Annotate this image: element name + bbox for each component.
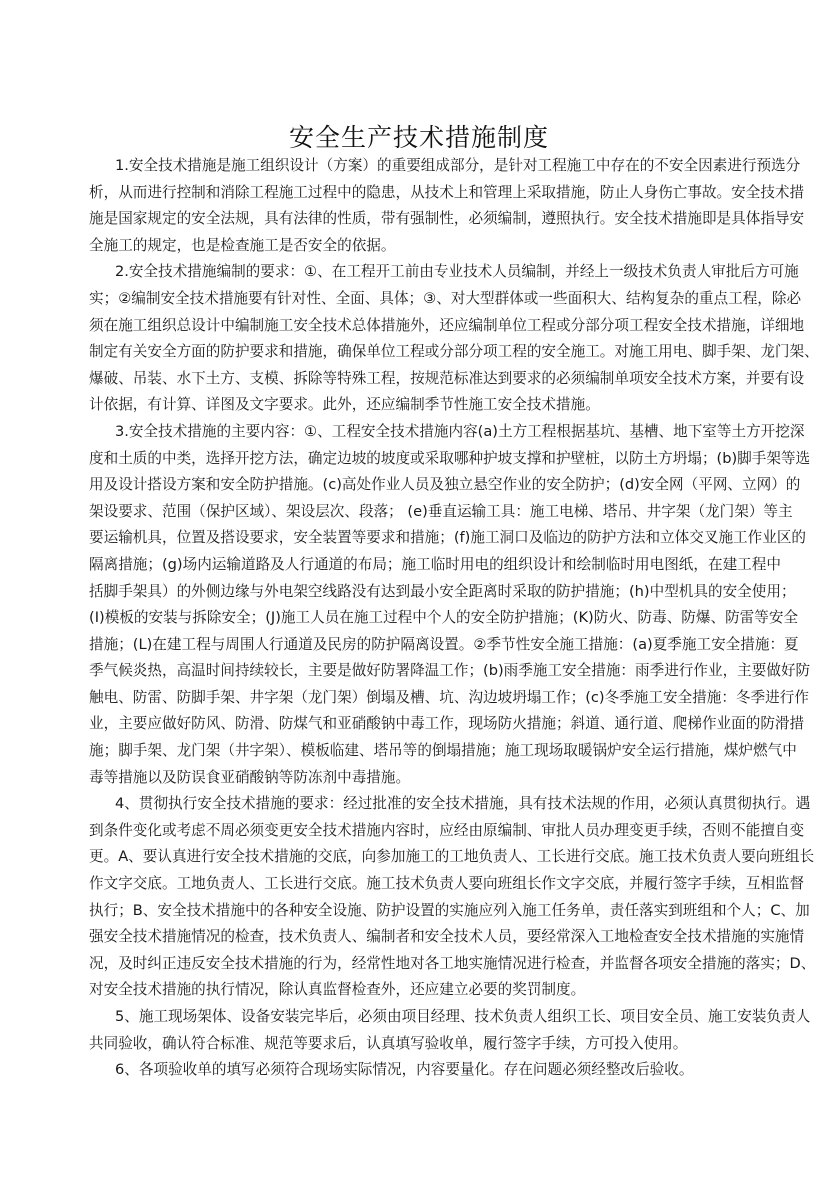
text-line: 4、贯彻执行安全技术措施的要求：经过批准的安全技术措施，具有技术法规的作用，必须…	[89, 791, 729, 818]
paragraph-1: 1.安全技术措施是施工组织设计（方案）的重要组成部分，是针对工程施工中存在的不安…	[89, 153, 729, 259]
text-line: 全施工的规定，也是检查施工是否安全的依据。	[89, 233, 729, 260]
text-line: 更。A、要认真进行安全技术措施的交底，向参加施工的工地负责人、工长进行交底。施工…	[89, 844, 729, 871]
text-line: 隔离措施；(g)场内运输道路及人行通道的布局；施工临时用电的组织设计和绘制临时用…	[89, 552, 729, 579]
text-line: 用及设计搭设方案和安全防护措施。(c)高处作业人员及独立悬空作业的安全防护；(d…	[89, 472, 729, 499]
text-line: 度和土质的中类，选择开挖方法，确定边坡的坡度或采取哪种护坡支撑和护壁桩，以防土方…	[89, 446, 729, 473]
text-line: 1.安全技术措施是施工组织设计（方案）的重要组成部分，是针对工程施工中存在的不安…	[89, 153, 729, 180]
text-line: 3.安全技术措施的主要内容：①、工程安全技术措施内容(a)土方工程根据基坑、基槽…	[89, 419, 729, 446]
text-line: 施是国家规定的安全法规，具有法律的性质，带有强制性，必须编制，遵照执行。安全技术…	[89, 206, 729, 233]
text-line: 毒等措施以及防误食亚硝酸钠等防冻剂中毒措施。	[89, 765, 729, 792]
paragraph-2: 2.安全技术措施编制的要求：①、在工程开工前由专业技术人员编制，并经上一级技术负…	[89, 259, 729, 419]
text-line: 执行；B、安全技术措施中的各种安全设施、防护设置的实施应列入施工任务单，责任落实…	[89, 898, 729, 925]
text-line: 作文字交底。工地负责人、工长进行交底。施工技术负责人要向班组长作文字交底，并履行…	[89, 871, 729, 898]
text-line: 况，及时纠正违反安全技术措施的行为，经常性地对各工地实施情况进行检查，并监督各项…	[89, 951, 729, 978]
document-page: 安全生产技术措施制度 1.安全技术措施是施工组织设计（方案）的重要组成部分，是针…	[0, 0, 838, 1186]
text-line: 措施；(L)在建工程与周围人行通道及民房的防护隔离设置。②季节性安全施工措施：(…	[89, 632, 729, 659]
text-line: 到条件变化或考虑不周必须变更安全技术措施内容时，应经由原编制、审批人员办理变更手…	[89, 818, 729, 845]
text-line: 触电、防雷、防脚手架、井字架（龙门架）倒塌及槽、坑、沟边坡坍塌工作；(c)冬季施…	[89, 685, 729, 712]
text-line: 强安全技术措施情况的检查，技术负责人、编制者和安全技术人员，要经常深入工地检查安…	[89, 924, 729, 951]
text-line: 施；脚手架、龙门架（井字架）、模板临建、塔吊等的倒塌措施；施工现场取暖锅炉安全运…	[89, 738, 729, 765]
text-line: 5、施工现场架体、设备安装完毕后，必须由项目经理、技术负责人组织工长、项目安全员…	[89, 1004, 729, 1031]
paragraph-3: 3.安全技术措施的主要内容：①、工程安全技术措施内容(a)土方工程根据基坑、基槽…	[89, 419, 729, 791]
text-line: 括脚手架具）的外侧边缘与外电架空线路没有达到最小安全距离时采取的防护措施；(h)…	[89, 579, 729, 606]
text-line: 须在施工组织总设计中编制施工安全技术总体措施外，还应编制单位工程或分部分项工程安…	[89, 313, 729, 340]
text-line: 制定有关安全方面的防护要求和措施，确保单位工程或分部分项工程的安全施工。对施工用…	[89, 339, 729, 366]
text-line: 2.安全技术措施编制的要求：①、在工程开工前由专业技术人员编制，并经上一级技术负…	[89, 259, 729, 286]
text-line: 季气候炎热，高温时间持续较长，主要是做好防署降温工作；(b)雨季施工安全措施：雨…	[89, 658, 729, 685]
text-line: 计依据，有计算、详图及文字要求。此外，还应编制季节性施工安全技术措施。	[89, 392, 729, 419]
paragraph-6: 6、各项验收单的填写必须符合现场实际情况，内容要量化。存在问题必须经整改后验收。	[89, 1057, 729, 1084]
text-line: 共同验收，确认符合标准、规范等要求后，认真填写验收单，履行签字手续，方可投入使用…	[89, 1031, 729, 1058]
text-line: 对安全技术措施的执行情况，除认真监督检查外，还应建立必要的奖罚制度。	[89, 977, 729, 1004]
text-line: 6、各项验收单的填写必须符合现场实际情况，内容要量化。存在问题必须经整改后验收。	[89, 1057, 729, 1084]
text-line: 业，主要应做好防风、防滑、防煤气和亚硝酸钠中毒工作，现场防火措施；斜道、通行道、…	[89, 711, 729, 738]
paragraph-5: 5、施工现场架体、设备安装完毕后，必须由项目经理、技术负责人组织工长、项目安全员…	[89, 1004, 729, 1057]
document-title: 安全生产技术措施制度	[0, 121, 838, 155]
text-line: 架设要求、范围（保护区域）、架设层次、段落； (e)垂直运输工具：施工电梯、塔吊…	[89, 499, 729, 526]
text-line: 要运输机具，位置及搭设要求，安全装置等要求和措施；(f)施工洞口及临边的防护方法…	[89, 525, 729, 552]
text-line: 爆破、吊装、水下土方、支模、拆除等特殊工程，按规范标准达到要求的必须编制单项安全…	[89, 366, 729, 393]
document-body: 1.安全技术措施是施工组织设计（方案）的重要组成部分，是针对工程施工中存在的不安…	[89, 153, 729, 1084]
paragraph-4: 4、贯彻执行安全技术措施的要求：经过批准的安全技术措施，具有技术法规的作用，必须…	[89, 791, 729, 1004]
text-line: (I)模板的安装与拆除安全；(J)施工人员在施工过程中个人的安全防护措施；(K)…	[89, 605, 729, 632]
text-line: 实；②编制安全技术措施要有针对性、全面、具体；③、对大型群体或一些面积大、结构复…	[89, 286, 729, 313]
text-line: 析，从而进行控制和消除工程施工过程中的隐患，从技术上和管理上采取措施，防止人身伤…	[89, 180, 729, 207]
